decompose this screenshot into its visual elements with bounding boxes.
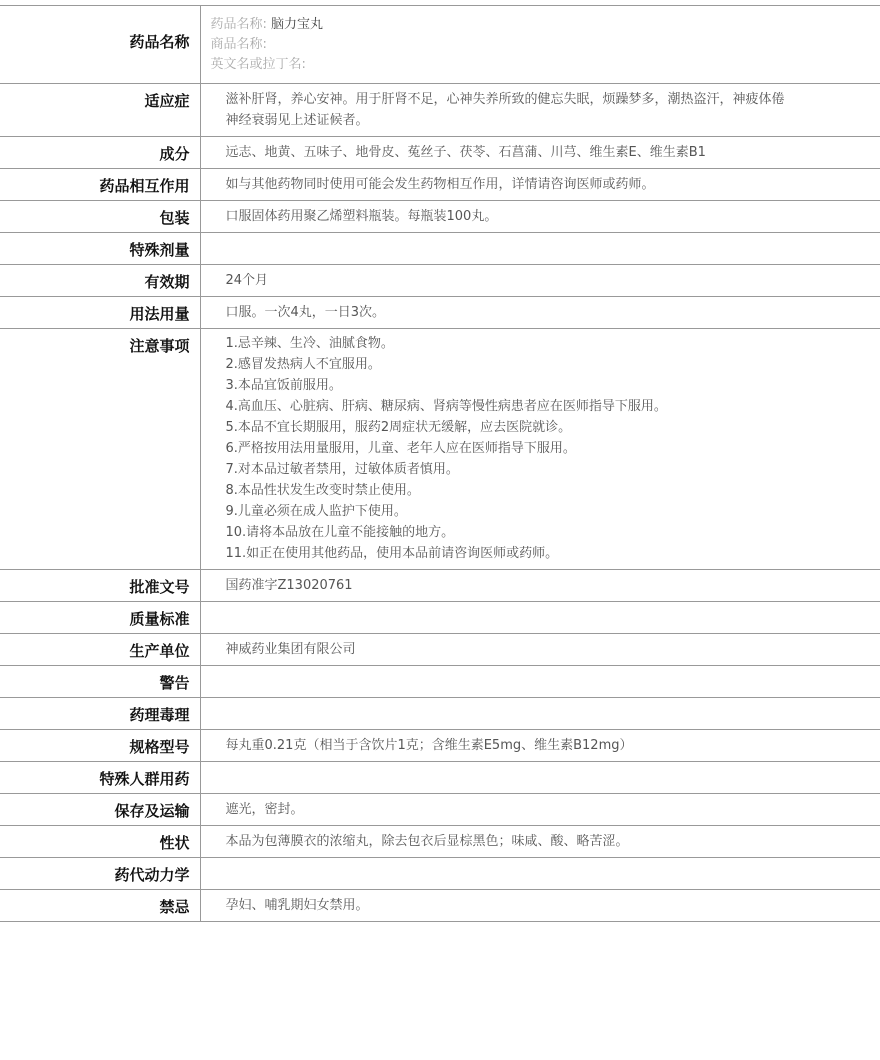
- warning-text: [226, 666, 880, 676]
- value-cell: [200, 858, 880, 890]
- description-text: 本品为包薄膜衣的浓缩丸，除去包衣后显棕黑色；味咸、酸、略苦涩。: [226, 826, 880, 857]
- row-shelf-life: 有效期 24个月: [0, 265, 880, 297]
- label-cell: 保存及运输: [0, 794, 200, 826]
- row-pharmacokinetics: 药代动力学: [0, 858, 880, 890]
- row-label: 包装: [0, 201, 190, 228]
- quality-standard-text: [226, 602, 880, 612]
- value-cell: 口服。一次4丸，一日3次。: [200, 297, 880, 329]
- row-label: 适应症: [0, 84, 190, 111]
- ingredients-text: 远志、地黄、五味子、地骨皮、菟丝子、茯苓、石菖蒲、川芎、维生素E、维生素B1: [226, 137, 880, 168]
- row-manufacturer: 生产单位 神威药业集团有限公司: [0, 634, 880, 666]
- value-cell: 1.忌辛辣、生冷、油腻食物。 2.感冒发热病人不宜服用。 3.本品宜饭前服用。 …: [200, 329, 880, 570]
- row-label: 特殊人群用药: [0, 762, 190, 789]
- row-label: 药品名称: [0, 6, 190, 52]
- generic-name-key: 药品名称:: [211, 17, 267, 32]
- precaution-item: 7.对本品过敏者禁用，过敏体质者慎用。: [226, 459, 880, 480]
- shelf-life-text: 24个月: [226, 265, 880, 296]
- packaging-text: 口服固体药用聚乙烯塑料瓶装。每瓶装100丸。: [226, 201, 880, 232]
- row-packaging: 包装 口服固体药用聚乙烯塑料瓶装。每瓶装100丸。: [0, 201, 880, 233]
- value-cell: [200, 762, 880, 794]
- row-usage-dosage: 用法用量 口服。一次4丸，一日3次。: [0, 297, 880, 329]
- label-cell: 药理毒理: [0, 698, 200, 730]
- row-approval-number: 批准文号 国药准字Z13020761: [0, 570, 880, 602]
- english-name-line: 英文名或拉丁名:: [211, 55, 880, 75]
- row-contraindications: 禁忌 孕妇、哺乳期妇女禁用。: [0, 890, 880, 922]
- label-cell: 药代动力学: [0, 858, 200, 890]
- generic-name-line: 药品名称: 脑力宝丸: [211, 15, 880, 35]
- value-cell: [200, 602, 880, 634]
- label-cell: 特殊人群用药: [0, 762, 200, 794]
- precaution-item: 2.感冒发热病人不宜服用。: [226, 354, 880, 375]
- row-label: 药理毒理: [0, 698, 190, 725]
- precaution-item: 5.本品不宜长期服用，服药2周症状无缓解，应去医院就诊。: [226, 417, 880, 438]
- pharmacokinetics-text: [226, 858, 880, 868]
- row-label: 性状: [0, 826, 190, 853]
- value-cell: [200, 233, 880, 265]
- row-quality-standard: 质量标准: [0, 602, 880, 634]
- row-pharmacology-toxicology: 药理毒理: [0, 698, 880, 730]
- precaution-item: 8.本品性状发生改变时禁止使用。: [226, 480, 880, 501]
- approval-number-text: 国药准字Z13020761: [226, 570, 880, 601]
- value-cell: 神威药业集团有限公司: [200, 634, 880, 666]
- value-cell: 国药准字Z13020761: [200, 570, 880, 602]
- value-cell: 远志、地黄、五味子、地骨皮、菟丝子、茯苓、石菖蒲、川芎、维生素E、维生素B1: [200, 137, 880, 169]
- label-cell: 质量标准: [0, 602, 200, 634]
- label-cell: 生产单位: [0, 634, 200, 666]
- row-label: 药品相互作用: [0, 169, 190, 196]
- row-ingredients: 成分 远志、地黄、五味子、地骨皮、菟丝子、茯苓、石菖蒲、川芎、维生素E、维生素B…: [0, 137, 880, 169]
- label-cell: 包装: [0, 201, 200, 233]
- value-cell: 本品为包薄膜衣的浓缩丸，除去包衣后显棕黑色；味咸、酸、略苦涩。: [200, 826, 880, 858]
- row-description: 性状 本品为包薄膜衣的浓缩丸，除去包衣后显棕黑色；味咸、酸、略苦涩。: [0, 826, 880, 858]
- row-special-dosage: 特殊剂量: [0, 233, 880, 265]
- row-label: 禁忌: [0, 890, 190, 917]
- interactions-text: 如与其他药物同时使用可能会发生药物相互作用，详情请咨询医师或药师。: [226, 169, 880, 200]
- label-cell: 药品名称: [0, 6, 200, 84]
- label-cell: 特殊剂量: [0, 233, 200, 265]
- row-warning: 警告: [0, 666, 880, 698]
- contraindications-text: 孕妇、哺乳期妇女禁用。: [226, 890, 880, 921]
- row-label: 注意事项: [0, 329, 190, 356]
- row-storage-transport: 保存及运输 遮光，密封。: [0, 794, 880, 826]
- row-label: 警告: [0, 666, 190, 693]
- row-label: 生产单位: [0, 634, 190, 661]
- precaution-item: 1.忌辛辣、生冷、油腻食物。: [226, 333, 880, 354]
- label-cell: 有效期: [0, 265, 200, 297]
- specification-text: 每丸重0.21克（相当于含饮片1克；含维生素E5mg、维生素B12mg）: [226, 730, 880, 761]
- row-label: 药代动力学: [0, 858, 190, 885]
- precaution-item: 6.严格按用法用量服用，儿童、老年人应在医师指导下服用。: [226, 438, 880, 459]
- label-cell: 用法用量: [0, 297, 200, 329]
- value-cell: 如与其他药物同时使用可能会发生药物相互作用，详情请咨询医师或药师。: [200, 169, 880, 201]
- value-cell: 口服固体药用聚乙烯塑料瓶装。每瓶装100丸。: [200, 201, 880, 233]
- row-label: 成分: [0, 137, 190, 164]
- label-cell: 规格型号: [0, 730, 200, 762]
- usage-dosage-text: 口服。一次4丸，一日3次。: [226, 297, 880, 328]
- drug-name-values: 药品名称: 脑力宝丸 商品名称: 英文名或拉丁名:: [200, 6, 880, 84]
- precautions-list: 1.忌辛辣、生冷、油腻食物。 2.感冒发热病人不宜服用。 3.本品宜饭前服用。 …: [226, 329, 880, 568]
- row-label: 有效期: [0, 265, 190, 292]
- row-label: 规格型号: [0, 730, 190, 757]
- value-cell: 滋补肝肾，养心安神。用于肝肾不足，心神失养所致的健忘失眠，烦躁梦多，潮热盗汗，神…: [200, 84, 880, 137]
- label-cell: 成分: [0, 137, 200, 169]
- storage-transport-text: 遮光，密封。: [226, 794, 880, 825]
- manufacturer-text: 神威药业集团有限公司: [226, 634, 880, 665]
- value-cell: [200, 666, 880, 698]
- english-name-key: 英文名或拉丁名:: [211, 57, 306, 72]
- row-label: 用法用量: [0, 297, 190, 324]
- row-label: 保存及运输: [0, 794, 190, 821]
- precaution-item: 11.如正在使用其他药品，使用本品前请咨询医师或药师。: [226, 543, 880, 564]
- trade-name-line: 商品名称:: [211, 35, 880, 55]
- pharmacology-toxicology-text: [226, 698, 880, 708]
- value-cell: 孕妇、哺乳期妇女禁用。: [200, 890, 880, 922]
- drug-spec-table: 药品名称 药品名称: 脑力宝丸 商品名称: 英文名或拉丁名: 适应症 滋补肝肾，…: [0, 5, 880, 922]
- precaution-item: 3.本品宜饭前服用。: [226, 375, 880, 396]
- row-specification: 规格型号 每丸重0.21克（相当于含饮片1克；含维生素E5mg、维生素B12mg…: [0, 730, 880, 762]
- special-populations-text: [226, 762, 880, 772]
- row-label: 批准文号: [0, 570, 190, 597]
- indications-text: 滋补肝肾，养心安神。用于肝肾不足，心神失养所致的健忘失眠，烦躁梦多，潮热盗汗，神…: [226, 84, 791, 136]
- row-special-populations: 特殊人群用药: [0, 762, 880, 794]
- label-cell: 注意事项: [0, 329, 200, 570]
- label-cell: 警告: [0, 666, 200, 698]
- label-cell: 批准文号: [0, 570, 200, 602]
- value-cell: 每丸重0.21克（相当于含饮片1克；含维生素E5mg、维生素B12mg）: [200, 730, 880, 762]
- row-precautions: 注意事项 1.忌辛辣、生冷、油腻食物。 2.感冒发热病人不宜服用。 3.本品宜饭…: [0, 329, 880, 570]
- value-cell: 遮光，密封。: [200, 794, 880, 826]
- precaution-item: 9.儿童必须在成人监护下使用。: [226, 501, 880, 522]
- row-label: 特殊剂量: [0, 233, 190, 260]
- label-cell: 药品相互作用: [0, 169, 200, 201]
- generic-name-value: 脑力宝丸: [271, 17, 323, 32]
- label-cell: 禁忌: [0, 890, 200, 922]
- trade-name-key: 商品名称:: [211, 37, 267, 52]
- row-drug-name: 药品名称 药品名称: 脑力宝丸 商品名称: 英文名或拉丁名:: [0, 6, 880, 84]
- label-cell: 性状: [0, 826, 200, 858]
- label-cell: 适应症: [0, 84, 200, 137]
- row-interactions: 药品相互作用 如与其他药物同时使用可能会发生药物相互作用，详情请咨询医师或药师。: [0, 169, 880, 201]
- value-cell: [200, 698, 880, 730]
- value-cell: 24个月: [200, 265, 880, 297]
- precaution-item: 10.请将本品放在儿童不能接触的地方。: [226, 522, 880, 543]
- precaution-item: 4.高血压、心脏病、肝病、糖尿病、肾病等慢性病患者应在医师指导下服用。: [226, 396, 880, 417]
- row-label: 质量标准: [0, 602, 190, 629]
- special-dosage-text: [226, 233, 880, 243]
- row-indications: 适应症 滋补肝肾，养心安神。用于肝肾不足，心神失养所致的健忘失眠，烦躁梦多，潮热…: [0, 84, 880, 137]
